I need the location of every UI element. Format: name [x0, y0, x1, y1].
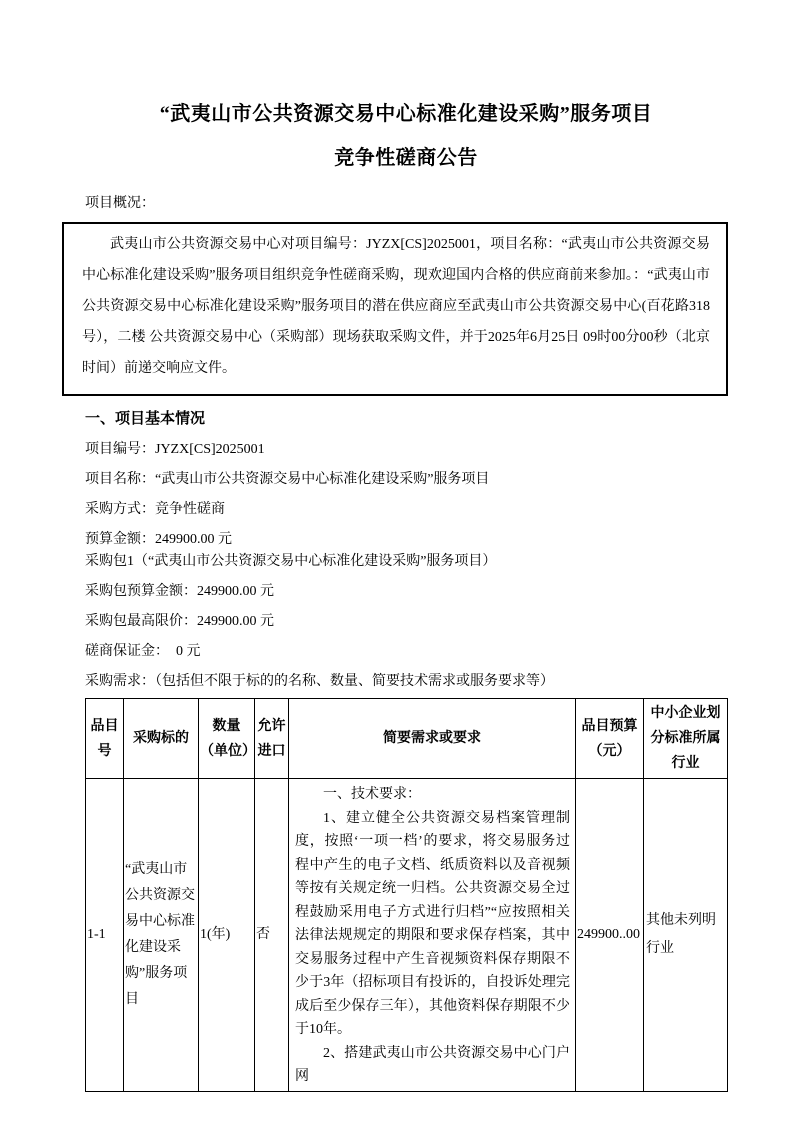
field-budget-amount: 预算金额：249900.00 元: [85, 531, 727, 548]
field-procurement-method: 采购方式：竞争性磋商: [85, 501, 727, 518]
overview-box: 武夷山市公共资源交易中心对项目编号：JYZX[CS]2025001，项目名称：“…: [62, 222, 728, 396]
header-requirements: 简要需求或要求: [289, 699, 576, 779]
doc-title-line1: “武夷山市公共资源交易中心标准化建设采购”服务项目: [85, 103, 727, 125]
requirement-item-2: 2、搭建武夷山市公共资源交易中心门户网: [295, 1042, 570, 1089]
header-subject: 采购标的: [124, 699, 199, 779]
table-header-row: 品目 号 采购标的 数量 （单位） 允许 进口 简要需求或要求 品目预算 （元）…: [86, 699, 728, 779]
cell-requirements: 一、技术要求： 1、建立健全公共资源交易档案管理制度，按照‘一项一档’的要求，将…: [289, 779, 576, 1092]
field-package-budget: 采购包预算金额：249900.00 元: [85, 583, 727, 600]
cell-sme-industry: 其他未列明行业: [644, 779, 728, 1092]
header-quantity: 数量 （单位）: [199, 699, 255, 779]
field-deposit: 磋商保证金： 0 元: [85, 643, 727, 660]
cell-item-no: 1-1: [86, 779, 124, 1092]
document-page: “武夷山市公共资源交易中心标准化建设采购”服务项目 竞争性磋商公告 项目概况： …: [0, 0, 793, 1122]
doc-title-line2: 竞争性磋商公告: [85, 147, 727, 169]
field-package-1: 采购包1（“武夷山市公共资源交易中心标准化建设采购”服务项目）: [85, 553, 727, 570]
cell-item-budget: 249900..00: [576, 779, 644, 1092]
requirement-heading: 一、技术要求：: [295, 783, 570, 807]
header-import-allowed: 允许 进口: [255, 699, 289, 779]
cell-quantity: 1(年): [199, 779, 255, 1092]
cell-import-allowed: 否: [255, 779, 289, 1092]
header-item-budget: 品目预算 （元）: [576, 699, 644, 779]
header-item-no: 品目 号: [86, 699, 124, 779]
section1-heading: 一、项目基本情况: [85, 410, 727, 428]
field-project-name: 项目名称：“武夷山市公共资源交易中心标准化建设采购”服务项目: [85, 471, 727, 488]
overview-text: 武夷山市公共资源交易中心对项目编号：JYZX[CS]2025001，项目名称：“…: [82, 229, 710, 384]
overview-label: 项目概况：: [85, 196, 727, 212]
cell-subject: “武夷山市公共资源交易中心标准化建设采购”服务项目: [124, 779, 199, 1092]
requirement-item-1: 1、建立健全公共资源交易档案管理制度，按照‘一项一档’的要求，将交易服务过程中产…: [295, 807, 570, 1042]
header-sme-industry: 中小企业划 分标准所属 行业: [644, 699, 728, 779]
field-project-number: 项目编号：JYZX[CS]2025001: [85, 441, 727, 458]
table-row: 1-1 “武夷山市公共资源交易中心标准化建设采购”服务项目 1(年) 否 一、技…: [86, 779, 728, 1092]
field-procurement-demand: 采购需求：（包括但不限于标的的名称、数量、简要技术需求或服务要求等）: [85, 673, 727, 690]
procurement-items-table: 品目 号 采购标的 数量 （单位） 允许 进口 简要需求或要求 品目预算 （元）…: [85, 698, 728, 1092]
field-package-max-price: 采购包最高限价：249900.00 元: [85, 613, 727, 630]
